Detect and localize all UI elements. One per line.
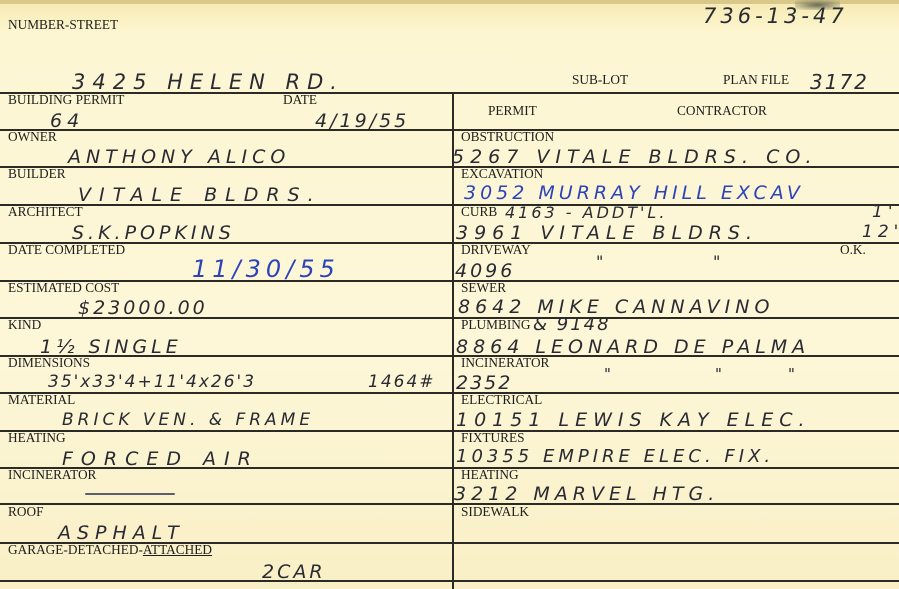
obstruction-value: 5267 VITALE BLDRS. CO. bbox=[452, 146, 818, 168]
row-line bbox=[0, 92, 899, 94]
plumbing-label: PLUMBING bbox=[461, 318, 530, 334]
plan-file-value: 3172 bbox=[810, 70, 869, 94]
dimensions-value: 35'x33'4+11'4x26'3 bbox=[48, 372, 256, 392]
excavation-value: 3052 MURRAY HILL EXCAV bbox=[464, 182, 804, 204]
plumbing-note: & 9148 bbox=[533, 314, 611, 335]
excavation-label: EXCAVATION bbox=[461, 167, 543, 183]
roof-label: ROOF bbox=[8, 505, 43, 521]
material-value: BRICK VEN. & FRAME bbox=[62, 410, 314, 430]
row-line bbox=[0, 129, 899, 131]
driveway-status: O.K. bbox=[840, 243, 866, 259]
date-value: 4/19/55 bbox=[315, 110, 409, 132]
plan-file-label: PLAN FILE bbox=[723, 73, 789, 89]
building-permit-label: BUILDING PERMIT bbox=[8, 93, 124, 109]
incinerator-dash bbox=[85, 493, 175, 495]
architect-value: S.K.POPKINS bbox=[72, 222, 235, 244]
curb-measure-top: 1' bbox=[872, 202, 898, 222]
file-number: 736-13-47 bbox=[703, 4, 848, 28]
dimensions-label: DIMENSIONS bbox=[8, 356, 90, 372]
date-label: DATE bbox=[283, 93, 317, 109]
incinerator-ditto-3: " bbox=[788, 365, 800, 383]
roof-value: ASPHALT bbox=[58, 522, 185, 544]
architect-label: ARCHITECT bbox=[8, 205, 83, 221]
estimated-cost-value: $23000.00 bbox=[78, 297, 208, 319]
heating-value: FORCED AIR bbox=[62, 448, 259, 470]
number-street-value: 3425 HELEN RD. bbox=[72, 70, 344, 94]
driveway-label: DRIVEWAY bbox=[461, 243, 531, 259]
number-street-label: NUMBER-STREET bbox=[8, 18, 118, 34]
material-label: MATERIAL bbox=[8, 393, 75, 409]
curb-note: 4163 - ADDT'L. bbox=[505, 203, 667, 222]
date-completed-label: DATE COMPLETED bbox=[8, 243, 125, 259]
garage-label-prefix: GARAGE-DETACHED- bbox=[8, 543, 143, 558]
builder-label: BUILDER bbox=[8, 167, 66, 183]
heating-label: HEATING bbox=[8, 431, 66, 447]
electrical-value: 10151 LEWIS KAY ELEC. bbox=[456, 409, 811, 431]
driveway-value: 4096 bbox=[455, 260, 515, 282]
fixtures-label: FIXTURES bbox=[461, 431, 525, 447]
driveway-ditto-2: " bbox=[713, 252, 725, 271]
builder-value: VITALE BLDRS. bbox=[78, 184, 322, 206]
owner-value: ANTHONY ALICO bbox=[68, 146, 290, 168]
garage-value: 2CAR bbox=[262, 561, 326, 583]
sewer-value: 8642 MIKE CANNAVINO bbox=[458, 296, 774, 318]
row-line bbox=[0, 580, 899, 582]
permit-card: 736-13-47 NUMBER-STREET 3425 HELEN RD. S… bbox=[0, 0, 899, 589]
incinerator-ditto-2: " bbox=[715, 365, 727, 383]
permit-column-header: PERMIT bbox=[488, 104, 537, 120]
sidewalk-label: SIDEWALK bbox=[461, 505, 529, 521]
incinerator-label: INCINERATOR bbox=[8, 468, 96, 484]
estimated-cost-label: ESTIMATED COST bbox=[8, 281, 119, 297]
fixtures-value: 10355 EMPIRE ELEC. FIX. bbox=[456, 446, 774, 467]
row-line bbox=[0, 503, 899, 505]
building-permit-value: 64 bbox=[50, 110, 84, 132]
curb-value: 3961 VITALE BLDRS. bbox=[456, 222, 758, 244]
dimensions-area: 1464# bbox=[368, 372, 436, 392]
sewer-label: SEWER bbox=[461, 281, 506, 297]
kind-value: 1½ SINGLE bbox=[40, 336, 182, 358]
contractor-column-header: CONTRACTOR bbox=[677, 104, 767, 120]
heating-permit-value: 3212 MARVEL HTG. bbox=[454, 483, 719, 505]
driveway-ditto-1: " bbox=[596, 252, 608, 271]
curb-measure-bottom: 12' bbox=[862, 222, 899, 242]
incinerator-ditto-1: " bbox=[604, 365, 616, 383]
garage-label: GARAGE-DETACHED-ATTACHED bbox=[8, 543, 212, 559]
kind-label: KIND bbox=[8, 318, 41, 334]
garage-label-attached: ATTACHED bbox=[143, 543, 212, 558]
date-completed-value: 11/30/55 bbox=[192, 255, 340, 283]
plumbing-value: 8864 LEONARD DE PALMA bbox=[456, 336, 810, 358]
incinerator-permit-label: INCINERATOR bbox=[461, 356, 549, 372]
owner-label: OWNER bbox=[8, 130, 57, 146]
heating-permit-label: HEATING bbox=[461, 468, 519, 484]
electrical-label: ELECTRICAL bbox=[461, 393, 542, 409]
curb-label: CURB bbox=[461, 205, 497, 221]
obstruction-label: OBSTRUCTION bbox=[461, 130, 554, 146]
incinerator-permit-value: 2352 bbox=[456, 372, 512, 394]
row-line bbox=[0, 392, 899, 394]
sub-lot-label: SUB-LOT bbox=[572, 73, 628, 89]
row-line bbox=[0, 280, 899, 282]
